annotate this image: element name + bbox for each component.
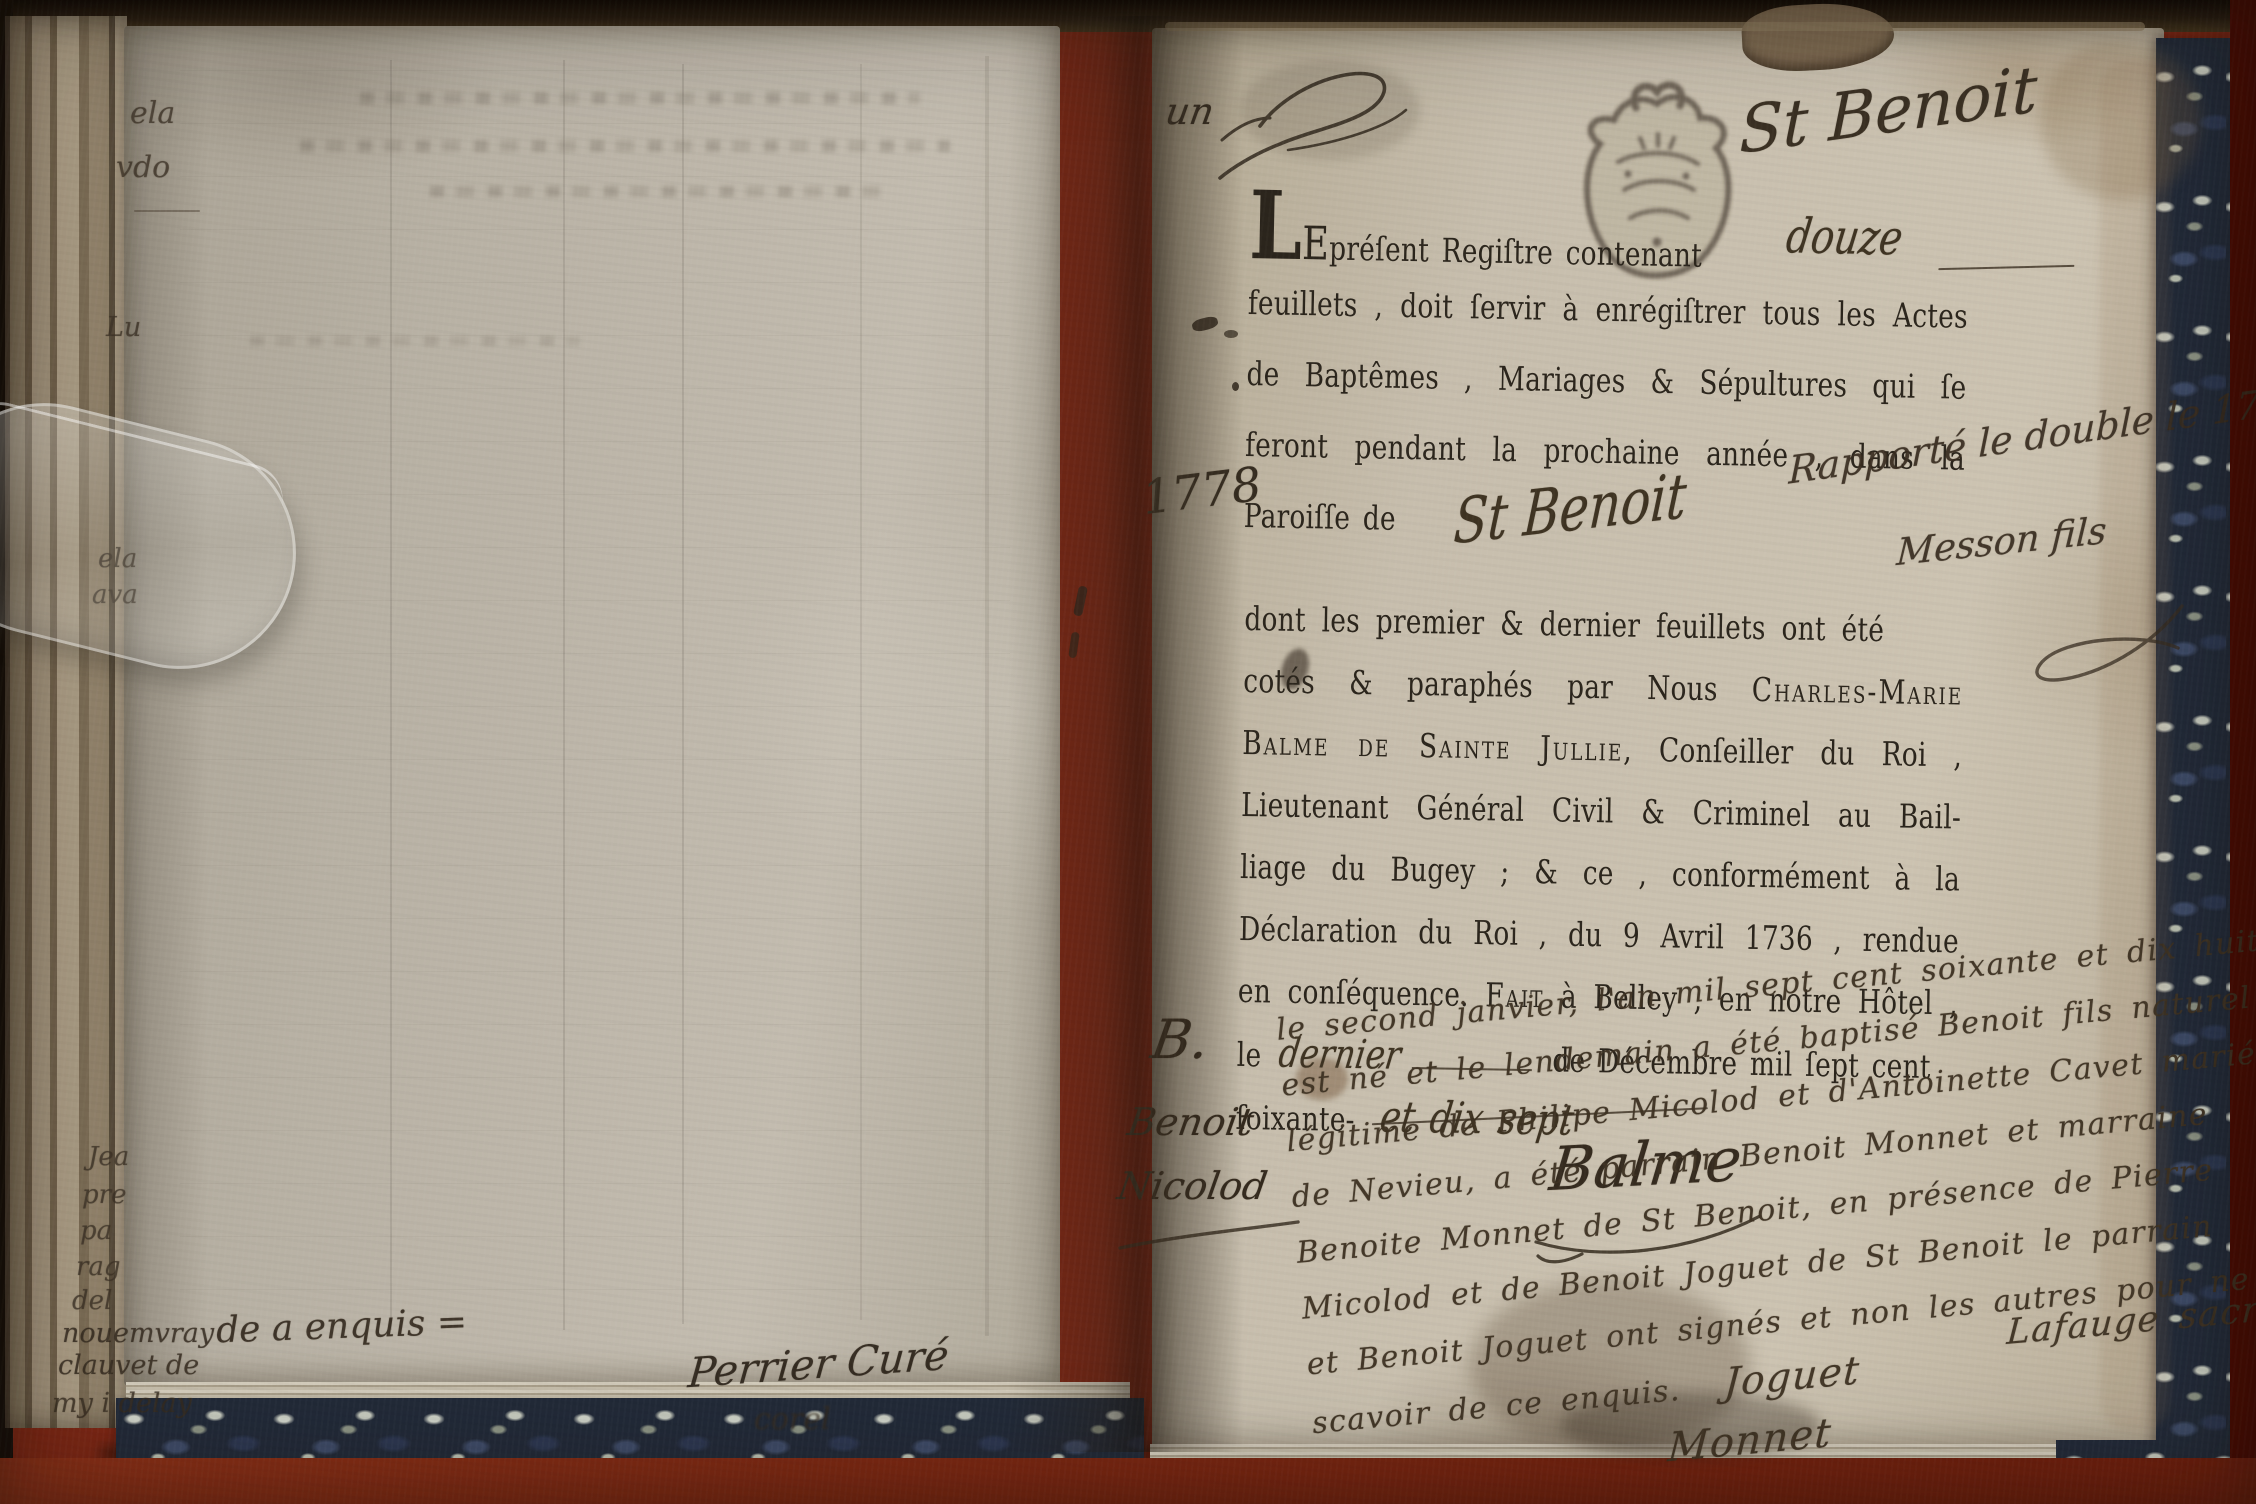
godfather-signature: Joguet [1722,1343,1862,1412]
attestation-text: le [1236,1024,1262,1086]
page-heading: St Benoit [1734,53,2042,168]
right-page-content: un St Benoit [1152,28,2164,1454]
fill-folio-count: douze [1786,208,1902,266]
bleedthrough-grid [180,70,1010,1330]
binding-stitch [1068,632,1080,659]
bottom-margin-note: de a enquis = [215,1302,467,1352]
left-corner-note: vdo [116,150,170,185]
margin-entry-name-text: Benoit [1125,1100,1257,1144]
edge-note: del [72,1286,112,1316]
corner-underline [134,210,200,212]
bleedthrough-rule [860,64,862,1320]
side-note-flourish-icon [1972,588,2192,708]
curate-scribble: corel [754,1402,831,1437]
table-surface-bottom [0,1458,2256,1504]
printed-preamble: LE préſent Regiſtre contenant feuillets … [1243,196,1970,565]
attestation-name: Charles-Marie [1752,670,1964,713]
bleedthrough-rule [390,60,392,1330]
bottom-margin-note: my i delay [52,1388,192,1419]
edge-note: pre [82,1180,126,1210]
margin-entry-initial-text: B. [1147,1008,1214,1071]
edge-note: Lu [106,312,141,343]
attestation-text: , Conſeiller du Roi , [1623,730,1962,775]
attestation-text: cotés & paraphés par Nous [1243,661,1752,709]
attestation-name: Balme de Sainte Jullie [1242,723,1624,769]
margin-entry-name: Benoit [1128,1100,1253,1144]
drop-cap: L [1249,196,1303,257]
bleedthrough-writing [360,92,920,104]
bleedthrough-rule [563,60,565,1330]
bleedthrough-writing [250,336,580,346]
folio-flourish-icon [1196,54,1421,184]
bottom-margin-note: clauvet de [58,1350,199,1381]
binding-stitch [1073,585,1088,616]
edge-note: pa [80,1216,112,1246]
left-marbled-cover-edge [116,1398,1144,1460]
margin-entry-name: Nicolod [1118,1164,1267,1208]
bleedthrough-writing [300,140,950,152]
fill-folio-count-text: douze [1783,208,1907,266]
edge-note: rag [76,1252,121,1282]
page-heading-text: St Benoit [1739,53,2038,170]
margin-entry-initial: B. [1152,1008,1209,1071]
bleedthrough-writing [430,186,890,197]
margin-entry-underline-icon [1116,1216,1306,1256]
edge-note: Jea [88,1142,129,1172]
baptism-act: le second janvier, l'an mil sept cent so… [1274,918,2256,1504]
bottom-margin-note: nouemvray [62,1318,214,1349]
bleedthrough-rule [985,56,989,1336]
margin-entry-name-text: Nicolod [1115,1164,1271,1208]
register-photo: ela vdo Lu ela ava Jea pre pa rag del no… [0,0,2256,1504]
left-corner-note: ela [130,96,175,131]
bleedthrough-rule [682,64,684,1324]
